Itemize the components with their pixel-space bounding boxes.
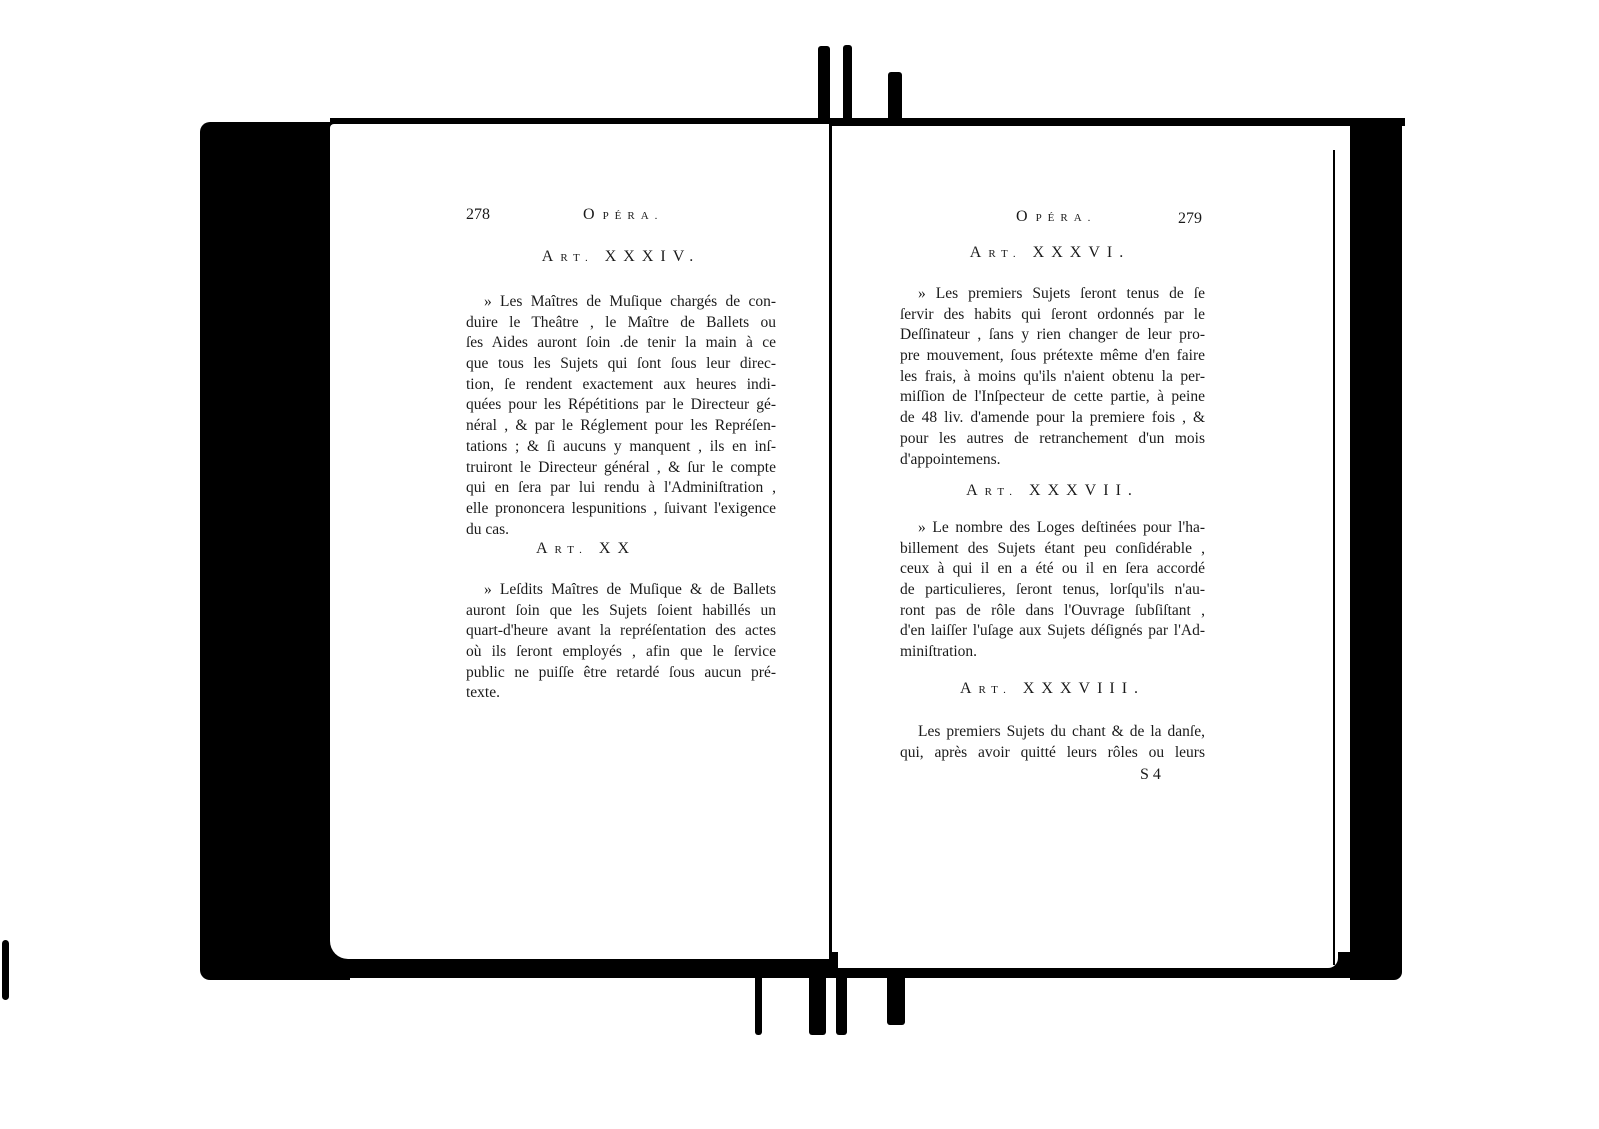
article-body: » Les Maîtres de Muſique chargés de con-…	[466, 292, 776, 540]
article-heading: ART. XXXIV.	[466, 248, 776, 266]
signature-mark: S 4	[1140, 766, 1161, 784]
book-gutter	[829, 124, 832, 970]
right-running-head: OPÉRA.	[1016, 208, 1096, 226]
ribbon-bottom-1	[755, 975, 762, 1035]
ribbon-top-3	[888, 72, 902, 126]
article-body: » Le nombre des Loges deſtinées pour l'h…	[900, 518, 1205, 663]
ribbon-bottom-4	[887, 975, 905, 1025]
article-body: Les premiers Sujets du chant & de la dan…	[900, 722, 1205, 763]
right-page-number: 279	[1178, 210, 1202, 228]
article-body: » Les premiers Sujets ſeront tenus de ſe…	[900, 284, 1205, 470]
article-heading: ART. XXXVI.	[900, 244, 1200, 262]
article-heading: ART. XXXVIII.	[900, 680, 1205, 698]
left-page-number: 278	[466, 206, 490, 224]
article-heading: ART. XXXVII.	[900, 482, 1205, 500]
ribbon-bottom-2	[809, 975, 826, 1035]
book-cover-left	[200, 122, 350, 980]
running-head-rest: PÉRA.	[603, 210, 664, 222]
ribbon-bottom-3	[836, 975, 847, 1035]
ribbon-top-1	[818, 46, 830, 126]
article-body: » Leſdits Maîtres de Muſique & de Ballet…	[466, 580, 776, 704]
page-fore-edge	[1333, 150, 1359, 965]
ribbon-top-2	[843, 45, 852, 125]
left-running-head: OPÉRA.	[583, 206, 663, 224]
scan-edge-line	[2, 940, 9, 1000]
running-head-initial: O	[583, 206, 603, 223]
article-heading: ART. XX	[466, 540, 706, 558]
